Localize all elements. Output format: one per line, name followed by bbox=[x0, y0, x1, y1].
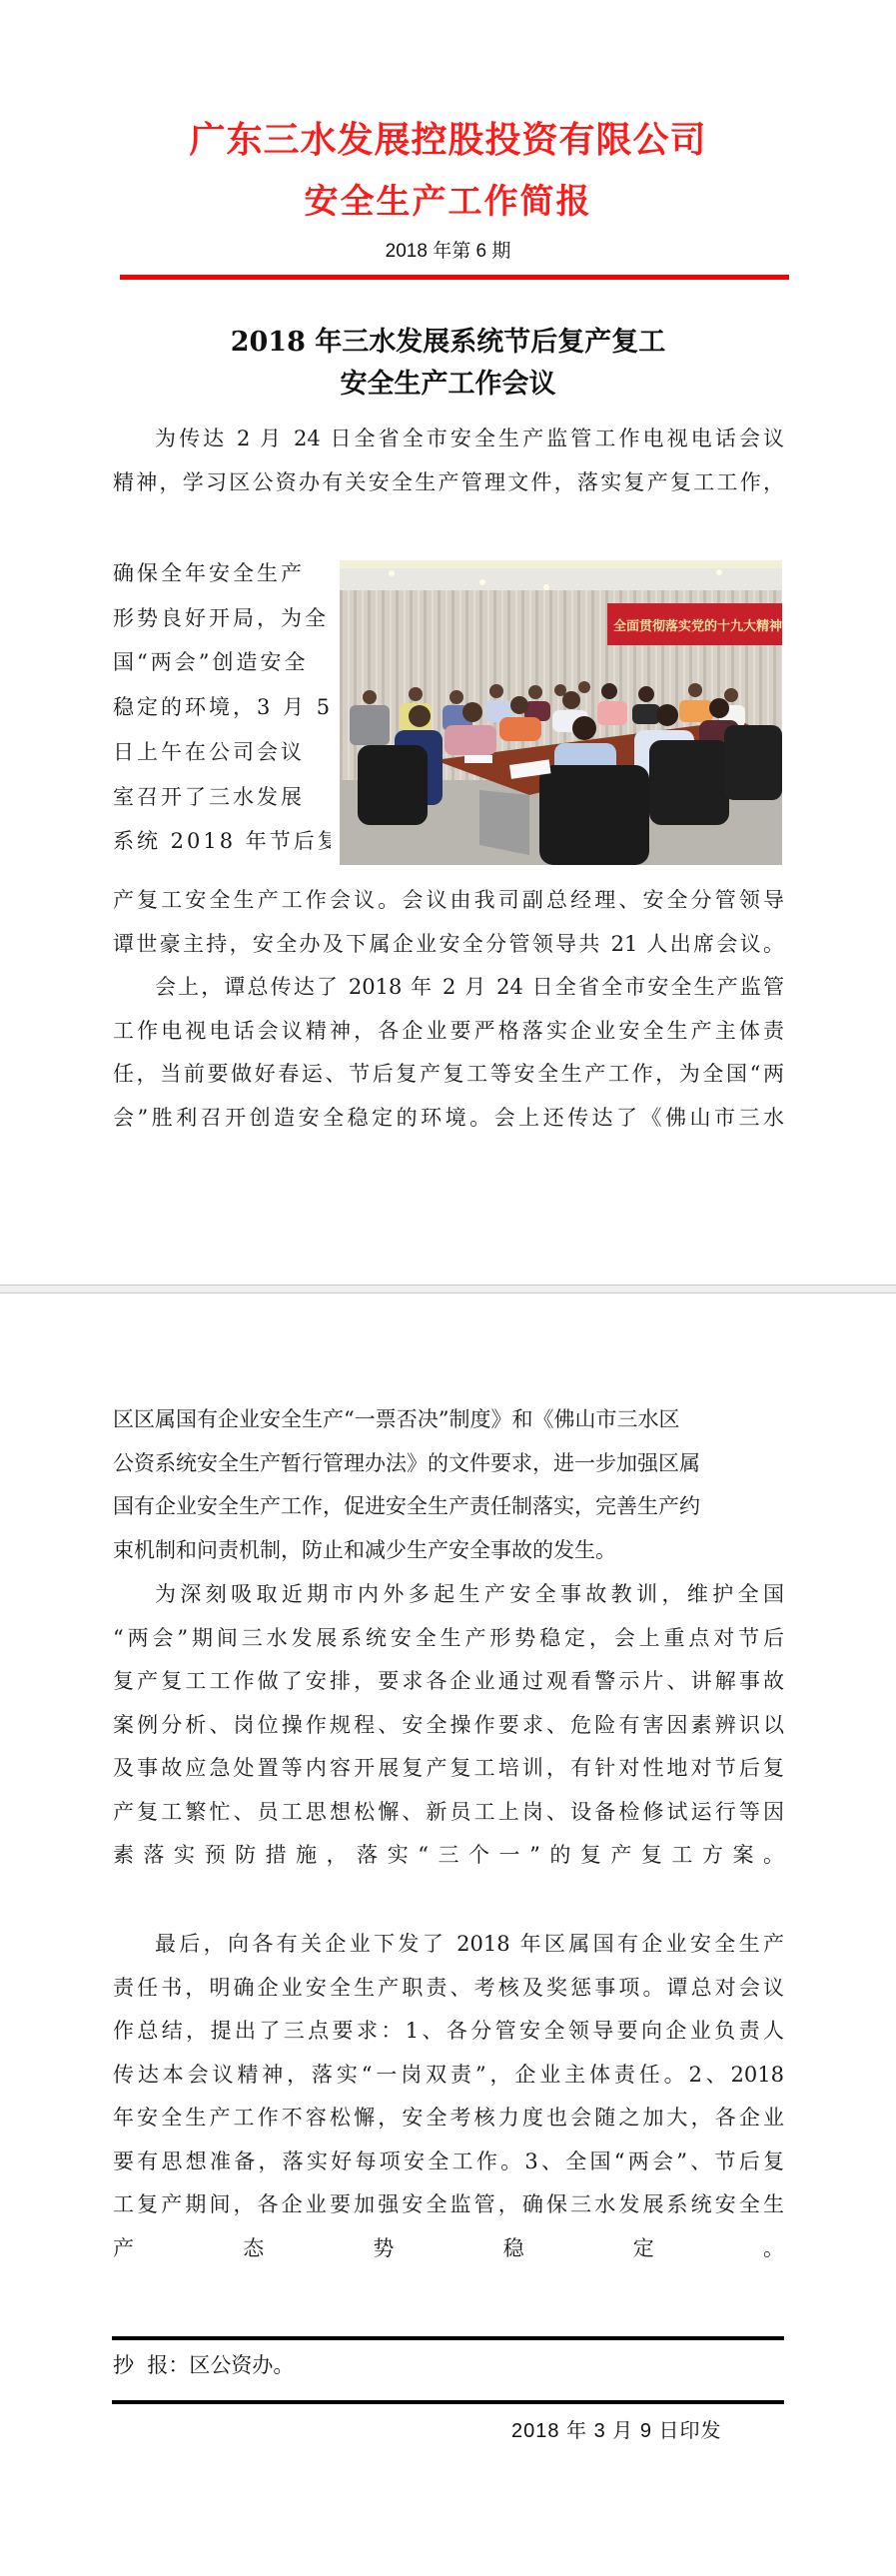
article-title-line-2: 安全生产工作会议 bbox=[0, 364, 896, 406]
text-line: 产态势稳定。 bbox=[113, 2227, 784, 2271]
page-break-divider bbox=[0, 1285, 896, 1293]
meeting-room-image: 全面贯彻落实党的十九大精神 用习近平新时代中国特色 bbox=[340, 560, 782, 865]
text-line: 素落实预防措施，落实“三个一”的复产复工方案。 bbox=[113, 1834, 784, 1878]
text-line: 年安全生产工作不容松懈，安全考核力度也会随之加大，各企业 bbox=[113, 2097, 784, 2141]
text-line: 责任书，明确企业安全生产职责、考核及奖惩事项。谭总对会议 bbox=[113, 1967, 784, 2011]
text-line: 产复工安全生产工作会议。会议由我司副总经理、安全分管领导 bbox=[113, 879, 784, 923]
paragraph-1-wrapped-text: 确保全年安全生产 形势良好开局，为全 国“两会”创造安全 稳定的环境，3 月 5… bbox=[113, 551, 331, 864]
text-line: 稳定的环境，3 月 5 bbox=[113, 685, 331, 730]
text-line: 工作电视电话会议精神，各企业要严格落实企业安全生产主体责 bbox=[113, 1010, 784, 1054]
meeting-photo: 全面贯彻落实党的十九大精神 用习近平新时代中国特色 bbox=[340, 560, 782, 865]
article-title: 2018 年三水发展系统节后复产复工 安全生产工作会议 bbox=[0, 322, 896, 406]
header-red-rule bbox=[120, 275, 789, 280]
paragraph-4: 最后，向各有关企业下发了 2018 年区属国有企业安全生产 责任书，明确企业安全… bbox=[113, 1923, 784, 2270]
text-line: 束机制和问责机制，防止和减少生产安全事故的发生。 bbox=[113, 1529, 784, 1573]
text-line: 为深刻吸取近期市内外多起生产安全事故教训，维护全国 bbox=[113, 1573, 784, 1617]
text-line: 室召开了三水发展 bbox=[113, 775, 331, 820]
article-title-line-1: 2018 年三水发展系统节后复产复工 bbox=[0, 322, 896, 364]
text-line: 谭世豪主持，安全办及下属企业安全分管领导共 21 人出席会议。 bbox=[113, 923, 784, 967]
bulletin-title: 安全生产工作简报 bbox=[0, 180, 896, 224]
text-line: 系统 2018 年节后复 bbox=[113, 819, 331, 864]
paragraph-1-continued: 产复工安全生产工作会议。会议由我司副总经理、安全分管领导 谭世豪主持，安全办及下… bbox=[113, 879, 784, 966]
text-line: 复产复工工作做了安排，要求各企业通过观看警示片、讲解事故 bbox=[113, 1660, 784, 1704]
text-line: 区区属国有企业安全生产“一票否决”制度》和《佛山市三水区 bbox=[113, 1398, 784, 1442]
text-line: 案例分析、岗位操作规程、安全操作要求、危险有害因素辨识以 bbox=[113, 1704, 784, 1748]
text-line: 传达本会议精神，落实“一岗双责”，企业主体责任。2、2018 bbox=[113, 2054, 784, 2098]
text-line: 会”胜利召开创造安全稳定的环境。会上还传达了《佛山市三水 bbox=[113, 1097, 784, 1141]
text-line: 工复产期间，各企业要加强安全监管，确保三水发展系统安全生 bbox=[113, 2183, 784, 2227]
cc-line: 抄 报：区公资办。 bbox=[113, 2350, 294, 2380]
cc-label: 抄 报： bbox=[113, 2353, 189, 2377]
text-line: 要有思想准备，落实好每项安全工作。3、全国“两会”、节后复 bbox=[113, 2141, 784, 2184]
text-line: 确保全年安全生产 bbox=[113, 551, 331, 596]
paragraph-1-intro: 为传达 2 月 24 日全省全市安全生产监管工作电视电话会议 精神，学习区公资办… bbox=[113, 418, 784, 504]
text-line: 产复工繁忙、员工思想松懈、新员工上岗、设备检修试运行等因 bbox=[113, 1791, 784, 1835]
text-line: 精神，学习区公资办有关安全生产管理文件，落实复产复工工作， bbox=[113, 461, 784, 505]
paragraph-2-page-1: 会上，谭总传达了 2018 年 2 月 24 日全省全市安全生产监管 工作电视电… bbox=[113, 966, 784, 1140]
issue-number: 2018 年第 6 期 bbox=[0, 240, 896, 264]
organization-name: 广东三水发展控股投资有限公司 bbox=[0, 118, 896, 162]
text-line: “两会”期间三水发展系统安全生产形势稳定，会上重点对节后 bbox=[113, 1617, 784, 1661]
text-line: 形势良好开局，为全 bbox=[113, 596, 331, 641]
cc-recipient: 区公资办。 bbox=[189, 2353, 294, 2377]
paragraph-3: 为深刻吸取近期市内外多起生产安全事故教训，维护全国 “两会”期间三水发展系统安全… bbox=[113, 1573, 784, 1878]
text-line: 会上，谭总传达了 2018 年 2 月 24 日全省全市安全生产监管 bbox=[113, 966, 784, 1010]
text-line: 任，当前要做好春运、节后复产复工等安全生产工作，为全国“两 bbox=[113, 1053, 784, 1097]
text-line: 及事故应急处置等内容开展复产复工培训，有针对性地对节后复 bbox=[113, 1747, 784, 1791]
footer-top-rule bbox=[112, 2336, 784, 2340]
print-date: 2018 年 3 月 9 日印发 bbox=[511, 2417, 722, 2445]
paragraph-2-page-2: 区区属国有企业安全生产“一票否决”制度》和《佛山市三水区 公资系统安全生产暂行管… bbox=[113, 1398, 784, 1572]
svg-text:全面贯彻落实党的十九大精神 用习近平新时代中国特色: 全面贯彻落实党的十九大精神 用习近平新时代中国特色 bbox=[613, 618, 782, 634]
text-line: 最后，向各有关企业下发了 2018 年区属国有企业安全生产 bbox=[113, 1923, 784, 1967]
text-line: 日上午在公司会议 bbox=[113, 730, 331, 775]
text-line: 国“两会”创造安全 bbox=[113, 640, 331, 685]
text-line: 公资系统安全生产暂行管理办法》的文件要求，进一步加强区属 bbox=[113, 1442, 784, 1486]
text-line: 作总结，提出了三点要求：1、各分管安全领导要向企业负责人 bbox=[113, 2010, 784, 2054]
footer-bottom-rule bbox=[112, 2400, 784, 2404]
text-line: 国有企业安全生产工作，促进安全生产责任制落实，完善生产约 bbox=[113, 1485, 784, 1529]
text-line: 为传达 2 月 24 日全省全市安全生产监管工作电视电话会议 bbox=[113, 418, 784, 461]
